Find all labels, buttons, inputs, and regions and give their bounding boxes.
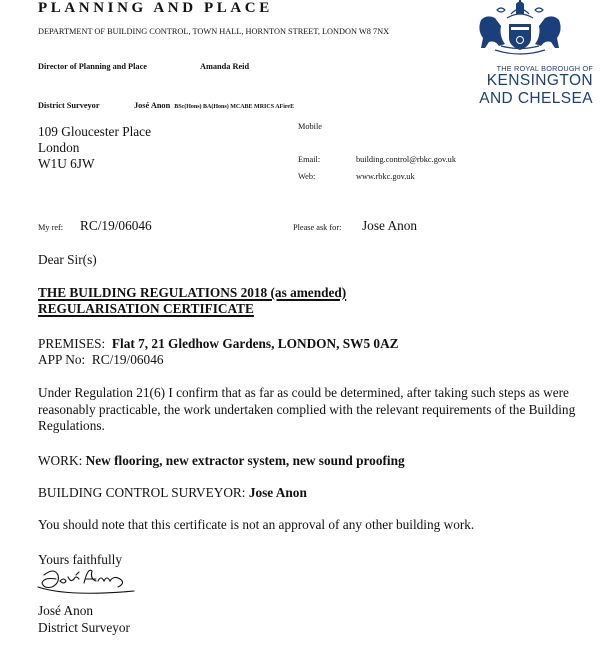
email-link[interactable]: building.control@rbkc.gov.uk [356,155,456,164]
ask-for-value: Jose Anon [362,218,417,234]
work-row: WORK: New flooring, new extractor system… [38,453,405,469]
certificate-heading-1: THE BUILDING REGULATIONS 2018 (as amende… [38,285,346,301]
bcs-row: BUILDING CONTROL SURVEYOR: Jose Anon [38,485,307,501]
recipient-address: 109 Gloucester Place London W1U 6JW [38,124,151,172]
surveyor-name: José Anon [134,101,170,110]
premises-row: PREMISES: Flat 7, 21 Gledhow Gardens, LO… [38,336,399,352]
royal-borough-crest-icon [473,0,568,58]
bcs-label: BUILDING CONTROL SURVEYOR: [38,485,246,500]
surveyor-label: District Surveyor [38,101,100,110]
surveyor-info: José Anon BSc(Hons) BA(Hons) MCABE MRICS… [134,95,294,113]
salutation: Dear Sir(s) [38,252,97,268]
web-label: Web: [298,172,315,181]
work-value: New flooring, new extractor system, new … [86,453,405,468]
web-link[interactable]: www.rbkc.gov.uk [356,172,415,181]
logo-kensington: KENSINGTON [479,72,593,90]
recipient-line-3: W1U 6JW [38,156,151,172]
logo-chelsea: AND CHELSEA [479,90,593,108]
bcs-value: Jose Anon [249,485,307,500]
recipient-line-1: 109 Gloucester Place [38,124,151,140]
disclaimer-note: You should note that this certificate is… [38,517,474,533]
ask-for-label: Please ask for: [293,223,341,232]
logo-name: KENSINGTON AND CHELSEA [479,72,593,107]
director-name: Amanda Reid [200,62,249,71]
surveyor-qualifications: BSc(Hons) BA(Hons) MCABE MRICS AFireE [174,104,294,110]
premises-label: PREMISES: [38,336,105,351]
my-ref-value: RC/19/06046 [80,218,152,234]
email-label: Email: [298,155,320,164]
app-no-value: RC/19/06046 [92,352,164,367]
signatory-name: José Anon [38,603,93,619]
surveyor-row: District Surveyor [38,95,100,113]
work-label: WORK: [38,453,82,468]
recipient-line-2: London [38,140,151,156]
mobile-label: Mobile [298,122,322,131]
department-address: DEPARTMENT OF BUILDING CONTROL, TOWN HAL… [38,27,389,36]
premises-value: Flat 7, 21 Gledhow Gardens, LONDON, SW5 … [112,336,399,351]
handwritten-signature-icon [36,565,136,595]
app-no-label: APP No: [38,352,85,367]
certificate-heading-2: REGULARISATION CERTIFICATE [38,301,254,317]
app-no-row: APP No: RC/19/06046 [38,352,164,368]
director-label: Director of Planning and Place [38,62,147,71]
department-title: PLANNING AND PLACE [38,0,273,17]
signatory-title: District Surveyor [38,620,130,636]
my-ref-label: My ref: [38,223,63,232]
certificate-body: Under Regulation 21(6) I confirm that as… [38,385,598,435]
